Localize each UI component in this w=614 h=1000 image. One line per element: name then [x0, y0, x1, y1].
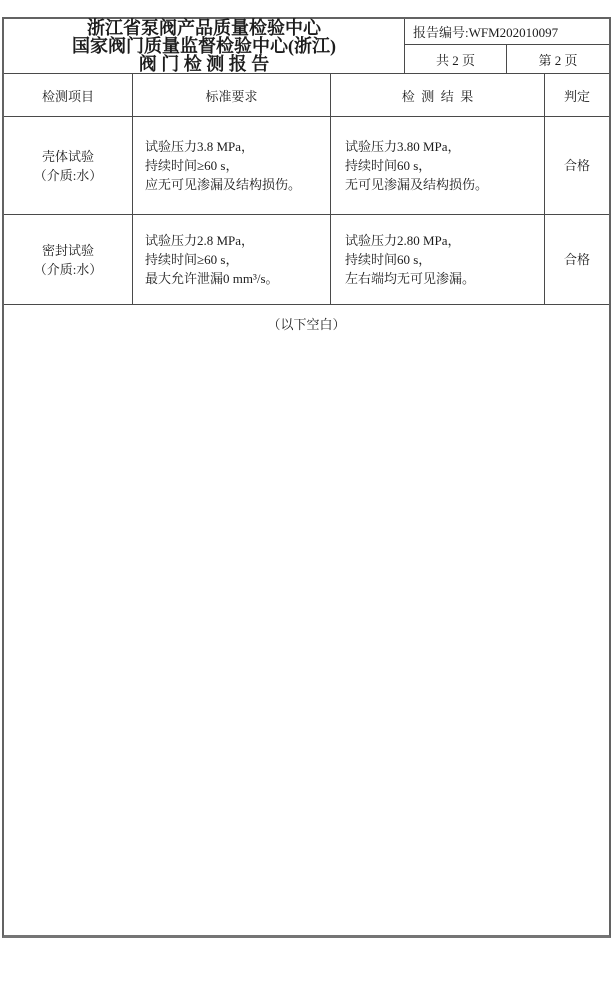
result-cell: 试验压力2.80 MPa， 持续时间60 s， 左右端均无可见渗漏。 — [331, 215, 545, 304]
item-name: 密封试验 — [42, 241, 94, 260]
requirement-line: 试验压力2.8 MPa， — [145, 231, 330, 250]
title-block: 浙江省泵阀产品质量检验中心 国家阀门质量监督检验中心(浙江) 阀 门 检 测 报… — [4, 19, 405, 73]
verdict-cell: 合格 — [545, 117, 609, 214]
item-cell: 密封试验 （介质:水） — [4, 215, 133, 304]
requirement-line: 最大允许泄漏0 mm³/s。 — [145, 269, 330, 288]
item-cell: 壳体试验 （介质:水） — [4, 117, 133, 214]
header-result: 检 测 结 果 — [331, 74, 545, 116]
table-row: 密封试验 （介质:水） 试验压力2.8 MPa， 持续时间≥60 s， 最大允许… — [4, 215, 609, 305]
pages-row: 共 2 页 第 2 页 — [405, 45, 609, 73]
result-line: 持续时间60 s， — [345, 156, 544, 175]
title-line-2: 国家阀门质量监督检验中心(浙江) — [72, 37, 336, 55]
page-current: 第 2 页 — [507, 45, 609, 73]
requirement-cell: 试验压力3.8 MPa， 持续时间≥60 s， 应无可见渗漏及结构损伤。 — [133, 117, 331, 214]
result-line: 试验压力2.80 MPa， — [345, 231, 544, 250]
requirement-line: 持续时间≥60 s， — [145, 156, 330, 175]
table-header-row: 检测项目 标准要求 检 测 结 果 判定 — [4, 74, 609, 117]
test-report-page: 浙江省泵阀产品质量检验中心 国家阀门质量监督检验中心(浙江) 阀 门 检 测 报… — [0, 0, 614, 1000]
report-number: 报告编号:WFM202010097 — [405, 19, 609, 45]
title-band: 浙江省泵阀产品质量检验中心 国家阀门质量监督检验中心(浙江) 阀 门 检 测 报… — [4, 19, 609, 74]
report-table: 浙江省泵阀产品质量检验中心 国家阀门质量监督检验中心(浙江) 阀 门 检 测 报… — [2, 17, 611, 938]
item-medium: （介质:水） — [34, 166, 103, 185]
result-line: 无可见渗漏及结构损伤。 — [345, 175, 544, 194]
result-line: 试验压力3.80 MPa， — [345, 137, 544, 156]
header-item: 检测项目 — [4, 74, 133, 116]
verdict-cell: 合格 — [545, 215, 609, 304]
blank-area: （以下空白） — [4, 305, 609, 935]
title-line-1: 浙江省泵阀产品质量检验中心 — [87, 19, 321, 37]
requirement-line: 试验压力3.8 MPa， — [145, 137, 330, 156]
report-meta: 报告编号:WFM202010097 共 2 页 第 2 页 — [405, 19, 609, 73]
requirement-line: 应无可见渗漏及结构损伤。 — [145, 175, 330, 194]
item-name: 壳体试验 — [42, 147, 94, 166]
requirement-cell: 试验压力2.8 MPa， 持续时间≥60 s， 最大允许泄漏0 mm³/s。 — [133, 215, 331, 304]
result-cell: 试验压力3.80 MPa， 持续时间60 s， 无可见渗漏及结构损伤。 — [331, 117, 545, 214]
requirement-line: 持续时间≥60 s， — [145, 250, 330, 269]
header-requirement: 标准要求 — [133, 74, 331, 116]
result-line: 左右端均无可见渗漏。 — [345, 269, 544, 288]
result-line: 持续时间60 s， — [345, 250, 544, 269]
table-row: 壳体试验 （介质:水） 试验压力3.8 MPa， 持续时间≥60 s， 应无可见… — [4, 117, 609, 215]
pages-total: 共 2 页 — [405, 45, 507, 73]
title-line-3: 阀 门 检 测 报 告 — [139, 55, 270, 73]
blank-note: （以下空白） — [267, 317, 345, 332]
header-verdict: 判定 — [545, 74, 609, 116]
item-medium: （介质:水） — [34, 260, 103, 279]
